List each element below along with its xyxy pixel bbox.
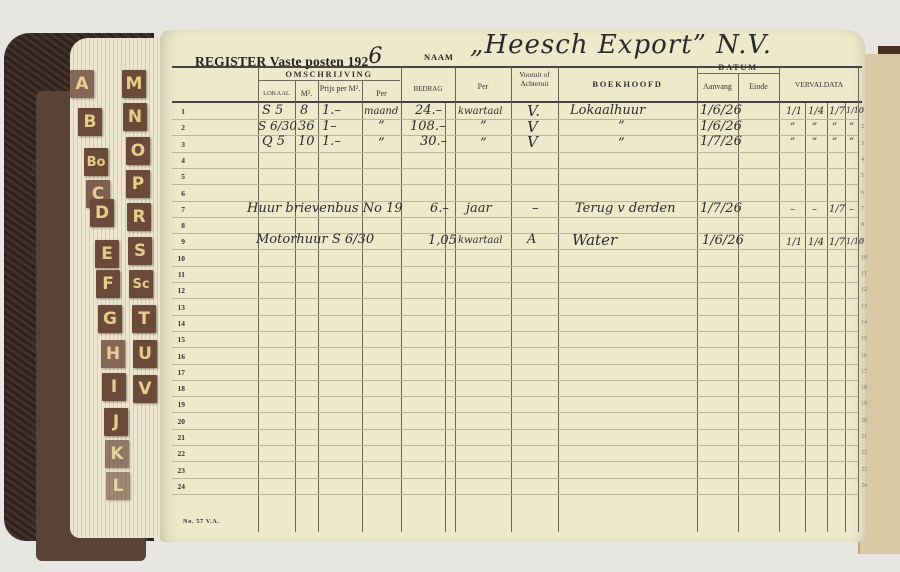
r1-aanvang: 1/6/26 (700, 103, 742, 118)
row-number-right: 17 (861, 369, 867, 375)
index-tab-n[interactable]: N (123, 103, 147, 131)
r9-v4: 1/10 (846, 237, 864, 246)
r9-v1: 1/1 (786, 237, 802, 248)
row-number: 13 (165, 303, 185, 312)
r9-per2: kwartaal (458, 235, 503, 246)
row-number-right: 23 (861, 467, 867, 473)
r3-m2: 10 (298, 134, 315, 149)
r9-boekhoofd: Water (572, 231, 617, 249)
r9-bedrag: 1,05 (428, 233, 457, 248)
index-tab-u[interactable]: U (133, 340, 157, 368)
r7-boekhoofd: Terug v derden (575, 201, 676, 216)
r2-v2: ” (812, 122, 817, 133)
row-rule (172, 298, 858, 299)
index-tab-sc[interactable]: Sc (129, 270, 153, 298)
row-number: 20 (165, 417, 185, 426)
row-number-right: 10 (861, 255, 867, 261)
header-vooruit-achteruit: Vooruit of Achteruit (511, 70, 558, 88)
row-number-right: 4 (861, 157, 864, 163)
row-number-right: 21 (861, 434, 867, 440)
r2-bedrag: 108.– (410, 119, 445, 134)
row-number-right: 15 (861, 336, 867, 342)
r2-lokaal: S 6/30 (258, 119, 297, 133)
row-number: 24 (165, 482, 185, 491)
r1-v3: 1/7 (829, 106, 845, 117)
row-number-right: 14 (861, 320, 867, 326)
row-rule (172, 282, 858, 283)
r2-m2: 36 (298, 119, 315, 134)
index-tab-a[interactable]: A (70, 70, 94, 98)
index-tab-k[interactable]: K (105, 440, 129, 468)
col-rule-per (362, 80, 363, 532)
r9-aanvang: 1/6/26 (702, 233, 744, 248)
r1-per: maand (364, 106, 398, 117)
row-number: 8 (165, 221, 185, 230)
r9-v3: 1/7 (829, 237, 845, 248)
index-tab-r[interactable]: R (127, 203, 151, 231)
index-tab-b[interactable]: B (78, 108, 102, 136)
header-omschrijving: OMSCHRIJVING (258, 70, 400, 79)
r7-description: Huur brievenbus No 19 (247, 201, 403, 216)
r7-v3: 1/7 (829, 204, 845, 215)
row-rule (172, 152, 858, 153)
index-tab-l[interactable]: L (106, 472, 130, 500)
index-tab-j[interactable]: J (104, 408, 128, 436)
row-number-right: 7 (861, 206, 864, 212)
r3-v1: ” (790, 137, 795, 148)
row-rule (172, 315, 858, 316)
row-rule (172, 396, 858, 397)
header-aanvang: Aanvang (697, 82, 738, 91)
r1-boekhoofd: Lokaalhuur (570, 103, 645, 118)
index-tab-m[interactable]: M (122, 70, 146, 98)
index-tab-h[interactable]: H (101, 340, 125, 368)
row-number: 15 (165, 335, 185, 344)
row-rule (172, 445, 858, 446)
row-number: 12 (165, 286, 185, 295)
index-tab-i[interactable]: I (102, 373, 126, 401)
header-prijs: Prijs per M². (318, 84, 362, 93)
col-rule-right (858, 67, 859, 532)
row-rule (172, 364, 858, 365)
row-number-right: 22 (861, 450, 867, 456)
index-tab-s[interactable]: S (128, 237, 152, 265)
naam-label: NAAM (424, 52, 454, 62)
account-name-handwritten: „Heesch Export” N.V. (470, 30, 772, 60)
r1-bedrag: 24.– (415, 103, 442, 118)
r7-aanvang: 1/7/26 (700, 201, 742, 216)
index-tab-t[interactable]: T (132, 305, 156, 333)
row-rule (172, 168, 858, 169)
r2-v4: ” (849, 122, 854, 133)
row-number: 18 (165, 384, 185, 393)
row-number-right: 2 (861, 124, 864, 130)
row-rule (172, 412, 858, 413)
row-rule (172, 331, 858, 332)
index-tab-v[interactable]: V (133, 375, 157, 403)
col-rule-m2 (295, 80, 296, 532)
index-tab-f[interactable]: F (96, 270, 120, 298)
row-number: 17 (165, 368, 185, 377)
r2-boekhoofd: ” (618, 119, 625, 134)
row-number-right: 5 (861, 173, 864, 179)
row-number: 19 (165, 400, 185, 409)
header-vervaldata: VERVALDATA (779, 80, 859, 89)
header-m2: M². (295, 89, 318, 98)
r7-bedrag: 6.– (430, 201, 449, 216)
index-tab-d[interactable]: D (90, 199, 114, 227)
r3-aanvang: 1/7/26 (700, 134, 742, 149)
col-rule-bedrag (401, 67, 402, 532)
r1-v4: 1/10 (846, 106, 864, 115)
row-rule (172, 217, 858, 218)
header-einde: Einde (738, 82, 779, 91)
row-number: 11 (165, 270, 185, 279)
col-rule-prijs (318, 80, 319, 532)
index-tab-o[interactable]: O (126, 137, 150, 165)
r2-prijs: 1– (322, 119, 337, 134)
col-rule-per2 (455, 67, 456, 532)
row-rule (172, 380, 858, 381)
r2-v1: ” (790, 122, 795, 133)
header-datum: DATUM (697, 63, 779, 72)
row-rule (172, 249, 858, 250)
row-number: 23 (165, 466, 185, 475)
r9-v2: 1/4 (808, 237, 824, 248)
row-rule (172, 494, 858, 495)
header-bedrag: BEDRAG (401, 85, 455, 94)
r7-v2: – (812, 204, 817, 215)
r7-va: – (532, 201, 539, 216)
row-number-right: 18 (861, 385, 867, 391)
r3-boekhoofd: ” (618, 136, 625, 151)
r1-v1: 1/1 (786, 106, 802, 117)
row-number-right: 20 (861, 418, 867, 424)
header-lokaal: LOKAAL (258, 89, 295, 98)
r2-per2: ” (480, 119, 487, 134)
row-number-right: 13 (861, 304, 867, 310)
row-number-right: 3 (861, 141, 864, 147)
row-number: 3 (165, 140, 185, 149)
col-rule-boekhoofd (558, 67, 559, 532)
r3-per2: ” (480, 136, 487, 151)
index-tab-e[interactable]: E (95, 240, 119, 268)
row-rule (172, 184, 858, 185)
row-number: 22 (165, 449, 185, 458)
row-rule (172, 478, 858, 479)
r2-v3: ” (832, 122, 837, 133)
row-number: 21 (165, 433, 185, 442)
r1-per2: kwartaal (458, 106, 503, 117)
row-number-right: 8 (861, 222, 864, 228)
form-number: No. 57 V.A. (183, 518, 220, 525)
row-number: 4 (165, 156, 185, 165)
row-rule (172, 266, 858, 267)
r2-aanvang: 1/6/26 (700, 119, 742, 134)
r3-prijs: 1.– (322, 134, 341, 149)
col-rule-aanvang (697, 67, 698, 532)
r1-lokaal: S 5 (262, 103, 283, 118)
header-per2: Per (455, 82, 511, 91)
row-number: 16 (165, 352, 185, 361)
r3-per: ” (378, 136, 385, 151)
row-number-right: 24 (861, 483, 867, 489)
r7-v4: – (849, 204, 854, 215)
header-boekhoofd: BOEKHOOFD (558, 80, 697, 89)
row-number-right: 6 (861, 190, 864, 196)
r3-v4: ” (849, 137, 854, 148)
row-number-right: 11 (861, 271, 867, 277)
row-number-right: 12 (861, 287, 867, 293)
r1-m2: 8 (300, 103, 308, 118)
r9-description: Motorhuur S 6/30 (256, 232, 374, 247)
index-tab-p[interactable]: P (126, 170, 150, 198)
r3-va: V (527, 133, 538, 151)
r9-va: A (527, 232, 536, 247)
row-number: 7 (165, 205, 185, 214)
row-number: 1 (165, 107, 185, 116)
row-number: 9 (165, 237, 185, 246)
index-tab-bo[interactable]: Bo (84, 148, 108, 176)
col-rule-va (511, 67, 512, 532)
row-number: 14 (165, 319, 185, 328)
row-number: 6 (165, 189, 185, 198)
r7-per2: jaar (466, 201, 492, 216)
row-number: 5 (165, 172, 185, 181)
r7-v1: – (790, 204, 795, 215)
row-number-right: 16 (861, 353, 867, 359)
col-rule-lokaal (258, 67, 259, 532)
row-rule (172, 461, 858, 462)
r3-bedrag: 30.– (420, 134, 447, 149)
row-number: 2 (165, 123, 185, 132)
omschrijving-underline (258, 80, 400, 81)
r3-v3: ” (832, 137, 837, 148)
r3-lokaal: Q 5 (262, 134, 285, 149)
row-number-right: 19 (861, 401, 867, 407)
row-rule (172, 347, 858, 348)
r3-v2: ” (812, 137, 817, 148)
r2-per: ” (378, 119, 385, 134)
r1-v2: 1/4 (808, 106, 824, 117)
col-rule-verval (779, 67, 780, 532)
index-tab-g[interactable]: G (98, 305, 122, 333)
row-rule (172, 429, 858, 430)
row-number: 10 (165, 254, 185, 263)
header-per: Per (362, 89, 401, 98)
r1-prijs: 1.– (322, 103, 341, 118)
